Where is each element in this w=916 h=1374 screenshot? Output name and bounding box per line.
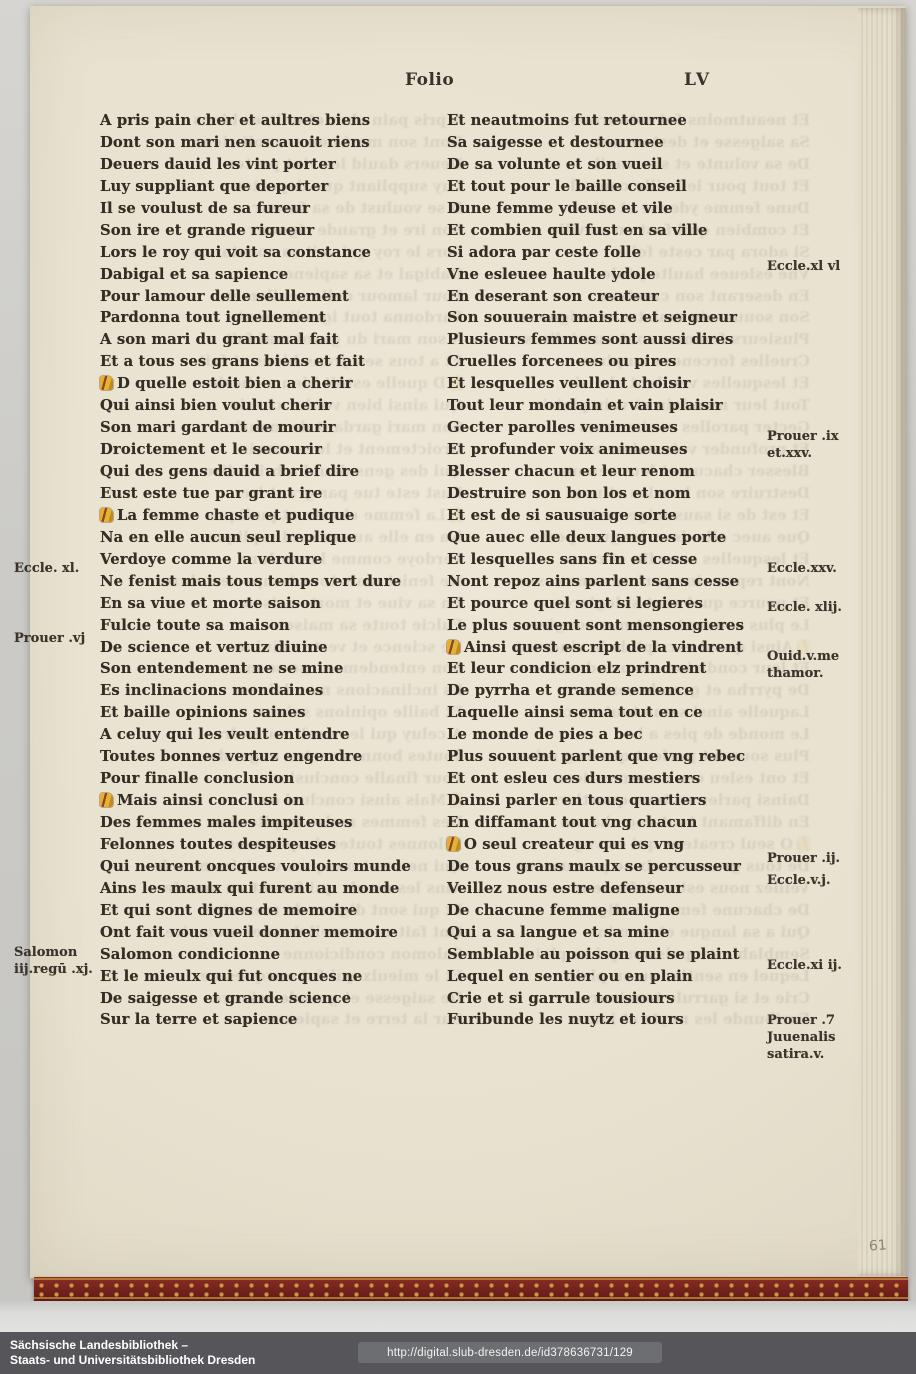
verse-line: Pardonna tout ignellement xyxy=(100,307,445,329)
verse-text: Et qui sont dignes de memoire xyxy=(100,902,357,919)
verse-text: Verdoye comme la verdure xyxy=(100,551,322,568)
verse-text: Et pource quel sont si legieres xyxy=(447,595,703,612)
verse-line: Qui ainsi bien voulut cherir xyxy=(100,395,445,417)
scanned-book-viewer: Folio LV A pris pain cher et aultres bie… xyxy=(0,0,916,1374)
verse-line: Sa saigesse et destournee xyxy=(447,132,792,154)
verse-line: A son mari du grant mal fait xyxy=(100,329,445,351)
book-fore-edge xyxy=(858,8,906,1276)
verse-line: Sur la terre et sapience xyxy=(100,1009,445,1031)
verse-text: Si adora par ceste folle xyxy=(447,244,641,261)
verse-text: Furibunde les nuytz et iours xyxy=(447,1011,684,1028)
verse-line: Et est de si sausuaige sorte xyxy=(447,505,792,527)
verse-text: Qui des gens dauid a brief dire xyxy=(100,463,359,480)
verse-line: Crie et si garrule tousiours xyxy=(447,988,792,1010)
verse-line: O seul createur qui es vng xyxy=(447,834,792,856)
verse-text: Et leur condicion elz prindrent xyxy=(447,660,706,677)
verse-text: Et profunder voix animeuses xyxy=(447,441,688,458)
verse-text: Ont fait vous vueil donner memoire xyxy=(100,924,398,941)
verse-line: Il se voulust de sa fureur xyxy=(100,198,445,220)
text-column-right: Et neautmoins fut retourneeSa saigesse e… xyxy=(447,110,792,1031)
verse-text: Et ont esleu ces durs mestiers xyxy=(447,770,700,787)
verse-text: Dune femme ydeuse et vile xyxy=(447,200,673,217)
verse-text: Et lesquelles veullent choisir xyxy=(447,375,690,392)
verse-line: Semblable au poisson qui se plaint xyxy=(447,944,792,966)
verse-line: Et leur condicion elz prindrent xyxy=(447,658,792,680)
verse-line: Et neautmoins fut retournee xyxy=(447,110,792,132)
verse-text: De sa volunte et son vueil xyxy=(447,156,663,173)
verse-line: Et lesquelles sans fin et cesse xyxy=(447,549,792,571)
verse-line: Son souuerain maistre et seigneur xyxy=(447,307,792,329)
verse-line: Et lesquelles veullent choisir xyxy=(447,373,792,395)
background-fabric xyxy=(0,1301,916,1332)
verse-line: Dabigal et sa sapience xyxy=(100,264,445,286)
verse-text: Blesser chacun et leur renom xyxy=(447,463,695,480)
verse-line: Le monde de pies a bec xyxy=(447,724,792,746)
verse-line: Que auec elle deux langues porte xyxy=(447,527,792,549)
verse-line: Qui des gens dauid a brief dire xyxy=(100,461,445,483)
verse-text: Le monde de pies a bec xyxy=(447,726,643,743)
verse-line: Son mari gardant de mourir xyxy=(100,417,445,439)
verse-line: Qui a sa langue et sa mine xyxy=(447,922,792,944)
verse-text: Pour lamour delle seullement xyxy=(100,288,349,305)
verse-text: Eust este tue par grant ire xyxy=(100,485,323,502)
verse-text: A pris pain cher et aultres biens xyxy=(100,112,370,129)
verse-text: Il se voulust de sa fureur xyxy=(100,200,310,217)
verse-text: En sa viue et morte saison xyxy=(100,595,321,612)
verse-line: Et ont esleu ces durs mestiers xyxy=(447,768,792,790)
paragraph-mark-icon xyxy=(447,837,460,851)
verse-line: Plus souuent parlent que vng rebec xyxy=(447,746,792,768)
verse-text: Ains les maulx qui furent au monde xyxy=(100,880,399,897)
verse-text: Veillez nous estre defenseur xyxy=(447,880,684,897)
verse-line: Fulcie toute sa maison xyxy=(100,615,445,637)
library-name-line2: Staats- und Universitätsbibliothek Dresd… xyxy=(10,1353,255,1368)
verse-text: Des femmes males impiteuses xyxy=(100,814,353,831)
verse-text: Son entendement ne se mine xyxy=(100,660,344,677)
verse-text: Nont repoz ains parlent sans cesse xyxy=(447,573,739,590)
verse-text: Son souuerain maistre et seigneur xyxy=(447,309,737,326)
verse-line: Toutes bonnes vertuz engendre xyxy=(100,746,445,768)
verse-line: Vne esleuee haulte ydole xyxy=(447,264,792,286)
verse-text: Dabigal et sa sapience xyxy=(100,266,288,283)
verse-text: Na en elle aucun seul replique xyxy=(100,529,356,546)
verse-line: Et qui sont dignes de memoire xyxy=(100,900,445,922)
verse-line: En sa viue et morte saison xyxy=(100,593,445,615)
verse-line: De pyrrha et grande semence xyxy=(447,680,792,702)
verse-line: Dainsi parler en tous quartiers xyxy=(447,790,792,812)
verse-text: A son mari du grant mal fait xyxy=(100,331,339,348)
verse-line: Et le mieulx qui fut oncques ne xyxy=(100,966,445,988)
verse-line: Veillez nous estre defenseur xyxy=(447,878,792,900)
verse-line: Son entendement ne se mine xyxy=(100,658,445,680)
text-column-left: A pris pain cher et aultres biensDont so… xyxy=(100,110,445,1031)
verse-line: Et combien quil fust en sa ville xyxy=(447,220,792,242)
verse-line: En diffamant tout vng chacun xyxy=(447,812,792,834)
book-binding-edge xyxy=(34,1277,908,1301)
verse-text: A celuy qui les veult entendre xyxy=(100,726,350,743)
verse-line: Dont son mari nen scauoit riens xyxy=(100,132,445,154)
verse-text: Le plus souuent sont mensongieres xyxy=(447,617,744,634)
verse-text: De saigesse et grande science xyxy=(100,990,351,1007)
verse-line: Pour lamour delle seullement xyxy=(100,286,445,308)
verse-line: Mais ainsi conclusi on xyxy=(100,790,445,812)
verse-line: Es inclinacions mondaines xyxy=(100,680,445,702)
verse-line: Des femmes males impiteuses xyxy=(100,812,445,834)
folio-number-roman: LV xyxy=(684,70,711,90)
handwritten-page-number: 61 xyxy=(868,1237,887,1254)
verse-text: Et le mieulx qui fut oncques ne xyxy=(100,968,362,985)
verse-line: En deserant son createur xyxy=(447,286,792,308)
verse-line: Qui neurent oncques vouloirs munde xyxy=(100,856,445,878)
verse-text: De pyrrha et grande semence xyxy=(447,682,694,699)
verse-line: A celuy qui les veult entendre xyxy=(100,724,445,746)
verse-text: Et neautmoins fut retournee xyxy=(447,112,687,129)
verse-text: Et a tous ses grans biens et fait xyxy=(100,353,365,370)
verse-line: Verdoye comme la verdure xyxy=(100,549,445,571)
paragraph-mark-icon xyxy=(447,640,460,654)
verse-line: Laquelle ainsi sema tout en ce xyxy=(447,702,792,724)
verse-text: En diffamant tout vng chacun xyxy=(447,814,697,831)
paragraph-mark-icon xyxy=(100,793,113,807)
verse-line: De saigesse et grande science xyxy=(100,988,445,1010)
verse-text: Son mari gardant de mourir xyxy=(100,419,336,436)
verse-text: Sur la terre et sapience xyxy=(100,1011,297,1028)
library-name-line1: Sächsische Landesbibliothek – xyxy=(10,1338,255,1353)
verse-line: Nont repoz ains parlent sans cesse xyxy=(447,571,792,593)
verse-line: Felonnes toutes despiteuses xyxy=(100,834,445,856)
verse-text: Dont son mari nen scauoit riens xyxy=(100,134,370,151)
verse-line: Et profunder voix animeuses xyxy=(447,439,792,461)
verse-line: Salomon condicionne xyxy=(100,944,445,966)
verse-text: Tout leur mondain et vain plaisir xyxy=(447,397,723,414)
verse-line: Cruelles forcenees ou pires xyxy=(447,351,792,373)
verse-text: Pour finalle conclusion xyxy=(100,770,294,787)
verse-line: Droictement et le secourir xyxy=(100,439,445,461)
verse-text: De science et vertuz diuine xyxy=(100,639,328,656)
verse-text: Lequel en sentier ou en plain xyxy=(447,968,693,985)
verse-text: Pardonna tout ignellement xyxy=(100,309,326,326)
verse-line: Ont fait vous vueil donner memoire xyxy=(100,922,445,944)
verse-text: Crie et si garrule tousiours xyxy=(447,990,675,1007)
verse-text: Et lesquelles sans fin et cesse xyxy=(447,551,697,568)
verse-text: Et tout pour le baille conseil xyxy=(447,178,687,195)
verse-text: Toutes bonnes vertuz engendre xyxy=(100,748,362,765)
verse-text: Et baille opinions saines xyxy=(100,704,306,721)
verse-line: A pris pain cher et aultres biens xyxy=(100,110,445,132)
verse-text: Son ire et grande rigueur xyxy=(100,222,314,239)
verse-text: Felonnes toutes despiteuses xyxy=(100,836,336,853)
verse-line: Ains les maulx qui furent au monde xyxy=(100,878,445,900)
verse-text: D quelle estoit bien a cherir xyxy=(117,375,353,392)
verse-text: Plusieurs femmes sont aussi dires xyxy=(447,331,733,348)
verse-line: Ne fenist mais tous temps vert dure xyxy=(100,571,445,593)
verse-line: Blesser chacun et leur renom xyxy=(447,461,792,483)
paragraph-mark-icon xyxy=(100,376,113,390)
verse-text: Mais ainsi conclusi on xyxy=(117,792,304,809)
library-footer-bar: Sächsische Landesbibliothek – Staats- un… xyxy=(0,1332,916,1374)
verse-line: Eust este tue par grant ire xyxy=(100,483,445,505)
verse-line: Lequel en sentier ou en plain xyxy=(447,966,792,988)
verse-text: Dainsi parler en tous quartiers xyxy=(447,792,706,809)
verse-line: Pour finalle conclusion xyxy=(100,768,445,790)
verse-text: Qui a sa langue et sa mine xyxy=(447,924,669,941)
verse-line: De sa volunte et son vueil xyxy=(447,154,792,176)
verse-line: Dune femme ydeuse et vile xyxy=(447,198,792,220)
verse-line: Gecter parolles venimeuses xyxy=(447,417,792,439)
verse-line: Plusieurs femmes sont aussi dires xyxy=(447,329,792,351)
verse-line: Et tout pour le baille conseil xyxy=(447,176,792,198)
verse-line: De science et vertuz diuine xyxy=(100,637,445,659)
verse-line: D quelle estoit bien a cherir xyxy=(100,373,445,395)
verse-line: Ainsi quest escript de la vindrent xyxy=(447,637,792,659)
verse-line: Et a tous ses grans biens et fait xyxy=(100,351,445,373)
verse-text: Et est de si sausuaige sorte xyxy=(447,507,677,524)
paragraph-mark-icon xyxy=(100,508,113,522)
verse-text: Destruire son bon los et nom xyxy=(447,485,691,502)
verse-line: Et pource quel sont si legieres xyxy=(447,593,792,615)
folio-label: Folio xyxy=(405,70,454,90)
verse-text: Qui ainsi bien voulut cherir xyxy=(100,397,332,414)
verse-text: Fulcie toute sa maison xyxy=(100,617,290,634)
resource-url[interactable]: http://digital.slub-dresden.de/id3786367… xyxy=(358,1342,662,1363)
verse-text: Deuers dauid les vint porter xyxy=(100,156,336,173)
verse-text: De chacune femme maligne xyxy=(447,902,680,919)
verse-line: Luy suppliant que deporter xyxy=(100,176,445,198)
verse-text: Es inclinacions mondaines xyxy=(100,682,323,699)
verse-text: Droictement et le secourir xyxy=(100,441,322,458)
verse-text: Gecter parolles venimeuses xyxy=(447,419,678,436)
verse-text: Semblable au poisson qui se plaint xyxy=(447,946,740,963)
verse-text: La femme chaste et pudique xyxy=(117,507,354,524)
verse-line: Deuers dauid les vint porter xyxy=(100,154,445,176)
verse-line: Son ire et grande rigueur xyxy=(100,220,445,242)
verse-text: Laquelle ainsi sema tout en ce xyxy=(447,704,703,721)
verse-text: Et combien quil fust en sa ville xyxy=(447,222,708,239)
verse-line: La femme chaste et pudique xyxy=(100,505,445,527)
verse-line: Si adora par ceste folle xyxy=(447,242,792,264)
verse-text: Vne esleuee haulte ydole xyxy=(447,266,656,283)
verse-line: Destruire son bon los et nom xyxy=(447,483,792,505)
verse-line: Lors le roy qui voit sa constance xyxy=(100,242,445,264)
verse-line: Et baille opinions saines xyxy=(100,702,445,724)
verse-text: Ainsi quest escript de la vindrent xyxy=(464,639,743,656)
verse-text: Lors le roy qui voit sa constance xyxy=(100,244,371,261)
verse-line: Le plus souuent sont mensongieres xyxy=(447,615,792,637)
verse-line: Furibunde les nuytz et iours xyxy=(447,1009,792,1031)
verse-text: Sa saigesse et destournee xyxy=(447,134,664,151)
verse-text: En deserant son createur xyxy=(447,288,659,305)
verse-text: Salomon condicionne xyxy=(100,946,280,963)
verse-line: De chacune femme maligne xyxy=(447,900,792,922)
verse-text: Luy suppliant que deporter xyxy=(100,178,328,195)
verse-line: Tout leur mondain et vain plaisir xyxy=(447,395,792,417)
verse-text: Cruelles forcenees ou pires xyxy=(447,353,676,370)
verse-line: Na en elle aucun seul replique xyxy=(100,527,445,549)
verse-text: Plus souuent parlent que vng rebec xyxy=(447,748,745,765)
verse-text: O seul createur qui es vng xyxy=(464,836,684,853)
verse-text: Que auec elle deux langues porte xyxy=(447,529,726,546)
library-name: Sächsische Landesbibliothek – Staats- un… xyxy=(10,1338,255,1368)
verse-line: De tous grans maulx se percusseur xyxy=(447,856,792,878)
verse-text: Ne fenist mais tous temps vert dure xyxy=(100,573,401,590)
verse-text: Qui neurent oncques vouloirs munde xyxy=(100,858,411,875)
verse-text: De tous grans maulx se percusseur xyxy=(447,858,741,875)
